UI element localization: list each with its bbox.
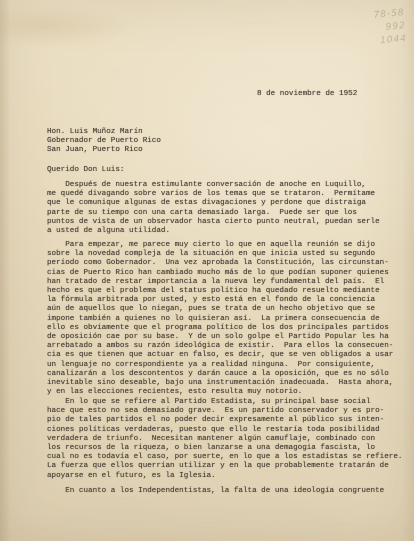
- body-paragraph: Después de nuestra estimulante conversac…: [47, 181, 380, 236]
- pencil-annotation: 78-58 992 1044: [334, 7, 407, 52]
- letter-page: 78-58 992 1044 8 de noviembre de 1952 Ho…: [0, 0, 414, 541]
- letter-date: 8 de noviembre de 1952: [257, 90, 357, 99]
- salutation: Querido Don Luis:: [47, 166, 124, 175]
- recipient-address-block: Hon. Luis Muñoz Marín Gobernador de Puer…: [47, 128, 161, 156]
- body-paragraph: En lo que se refiere al Partido Estadist…: [47, 398, 402, 481]
- body-paragraph: Para empezar, me parece muy cierto lo qu…: [47, 241, 393, 397]
- body-paragraph: En cuanto a los Independentistas, la fal…: [47, 487, 384, 496]
